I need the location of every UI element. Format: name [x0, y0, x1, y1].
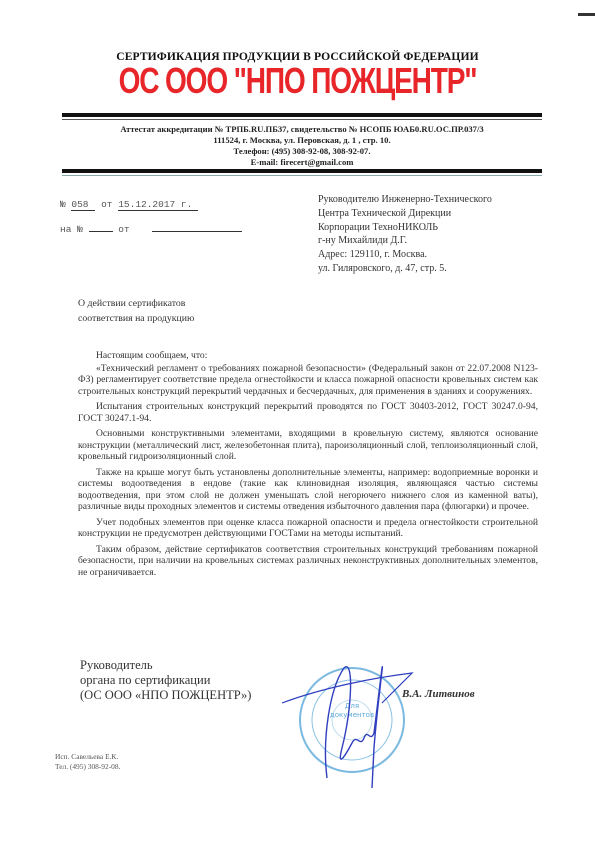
body-paragraph: Таким образом, действие сертификатов соо… — [78, 544, 538, 579]
subject-line: соответствия на продукцию — [78, 311, 194, 326]
letter-subject: О действии сертификатов соответствия на … — [78, 296, 194, 326]
letter-body: Настоящим сообщаем, что: «Технический ре… — [78, 350, 538, 582]
email-line: E-mail: firecert@gmail.com — [62, 157, 542, 168]
signatory-title-line: органа по сертификации — [80, 673, 251, 688]
scan-corner-mark — [578, 13, 595, 16]
signatory-title-line: (ОС ООО «НПО ПОЖЦЕНТР») — [80, 688, 251, 703]
letterhead-info: Аттестат аккредитации № ТРПБ.RU.ПБ37, св… — [62, 124, 542, 168]
recipient-line: Руководителю Инженерно-Технического — [318, 193, 492, 207]
reply-date — [152, 221, 242, 232]
executor-phone: Тел. (495) 308-92-08. — [55, 762, 120, 772]
letterhead-brand: ОС ООО "НПО ПОЖЦЕНТР" — [65, 59, 529, 103]
signatory-name: В.А. Литвинов — [402, 688, 475, 700]
body-paragraph: Настоящим сообщаем, что: — [78, 350, 538, 362]
ref-num-prefix: № — [60, 199, 66, 210]
recipient-line: г-ну Михайлиди Д.Г. — [318, 234, 492, 248]
body-paragraph: Учет подобных элементов при оценке класс… — [78, 517, 538, 540]
body-paragraph: Испытания строительных конструкций перек… — [78, 401, 538, 424]
body-paragraph: Основными конструктивными элементами, вх… — [78, 428, 538, 463]
accreditation-line: Аттестат аккредитации № ТРПБ.RU.ПБ37, св… — [62, 124, 542, 135]
signatory-title-line: Руководитель — [80, 658, 251, 673]
svg-text:документов: документов — [330, 711, 374, 719]
recipient-line: Центра Технической Дирекции — [318, 207, 492, 221]
outgoing-reference: № 058 от 15.12.2017 г. — [60, 199, 198, 211]
reply-from-label: от — [118, 224, 129, 235]
ref-from-label: от — [101, 199, 112, 210]
body-paragraph: Также на крыше могут быть установлены до… — [78, 467, 538, 513]
reply-number — [89, 221, 113, 232]
body-paragraph: «Технический регламент о требованиях пож… — [78, 363, 538, 398]
header-divider-bottom-thin — [62, 175, 542, 176]
reply-num-prefix: на № — [60, 224, 83, 235]
svg-text:Для: Для — [345, 702, 359, 710]
ref-date: 15.12.2017 г. — [118, 199, 198, 211]
incoming-reference: на № от — [60, 221, 242, 235]
official-stamp-icon: Для документов — [282, 648, 422, 788]
recipient-address: Руководителю Инженерно-Технического Цент… — [318, 193, 492, 276]
header-divider-top — [62, 113, 542, 117]
header-divider-bottom — [62, 169, 542, 173]
executor-name: Исп. Савельева Е.К. — [55, 752, 120, 762]
recipient-line: ул. Гиляровского, д. 47, стр. 5. — [318, 262, 492, 276]
recipient-line: Адрес: 129110, г. Москва. — [318, 248, 492, 262]
header-divider-top-thin — [62, 119, 542, 120]
executor-info: Исп. Савельева Е.К. Тел. (495) 308-92-08… — [55, 752, 120, 772]
signatory-title: Руководитель органа по сертификации (ОС … — [80, 658, 251, 703]
ref-number: 058 — [71, 199, 95, 211]
phone-line: Телефон: (495) 308-92-08, 308-92-07. — [62, 146, 542, 157]
address-line: 111524, г. Москва, ул. Перовская, д. 1 ,… — [62, 135, 542, 146]
subject-line: О действии сертификатов — [78, 296, 194, 311]
recipient-line: Корпорации ТехноНИКОЛЬ — [318, 221, 492, 235]
